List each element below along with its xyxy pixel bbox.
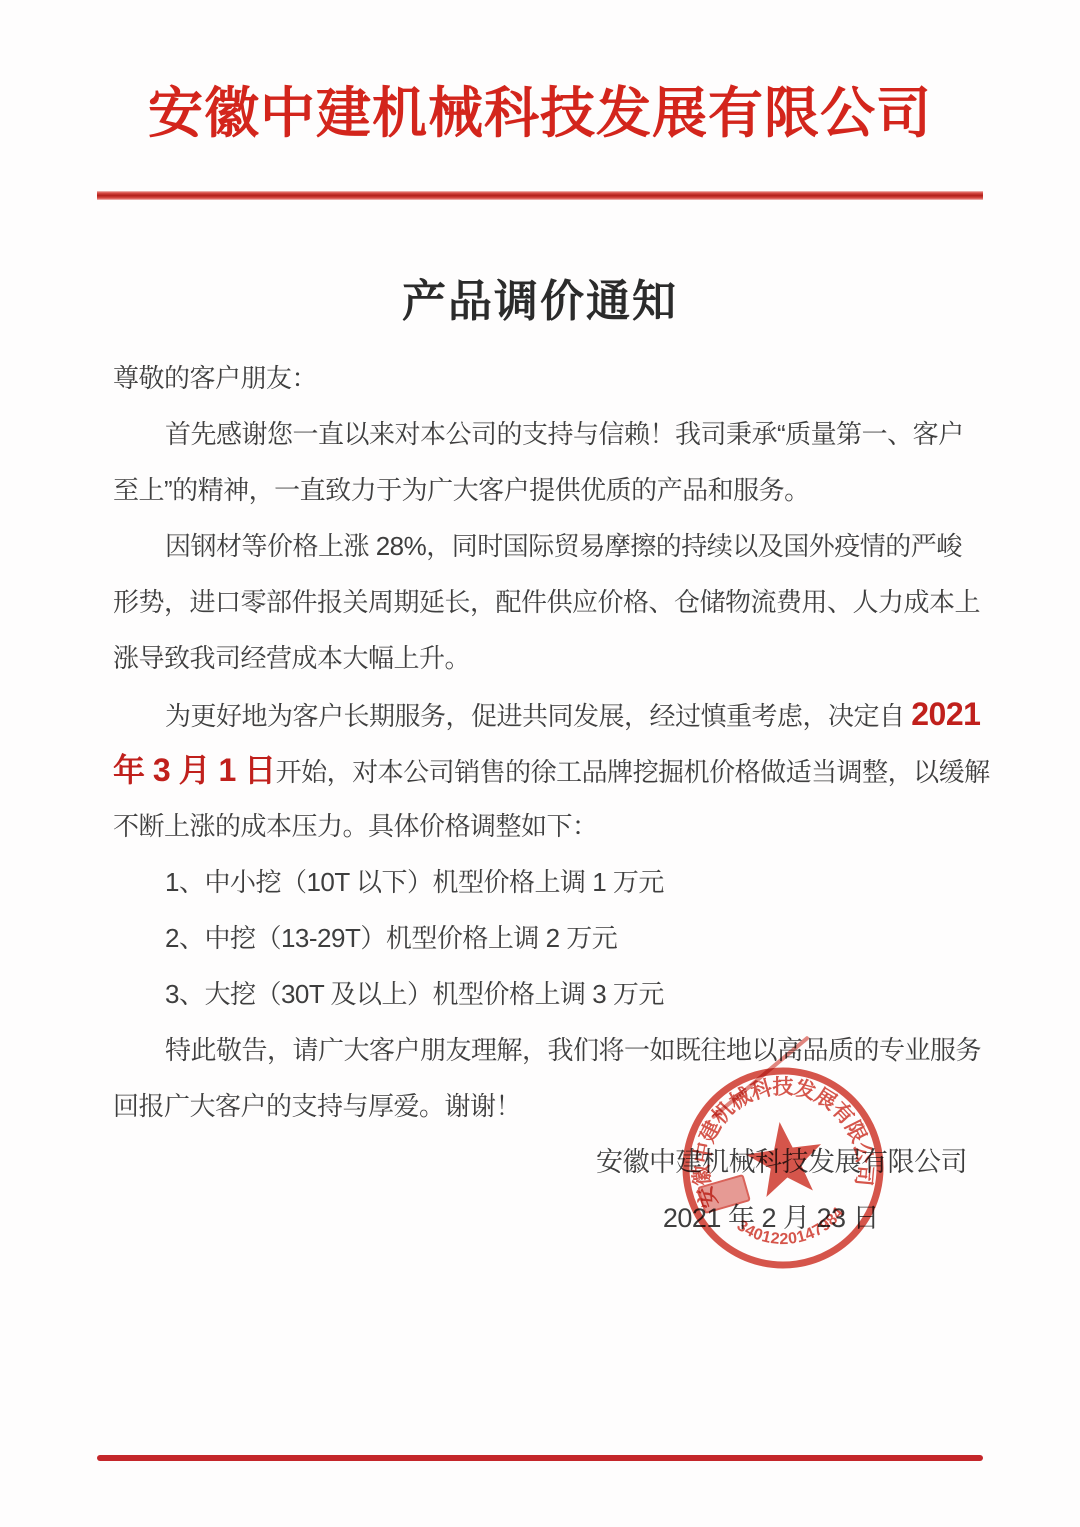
paragraph2-line1: 因钢材等价格上涨 28%，同时国际贸易摩擦的持续以及国外疫情的严峻: [113, 518, 967, 574]
price-item-2: 2、中挖（13-29T）机型价格上调 2 万元: [113, 910, 967, 966]
greeting: 尊敬的客户朋友：: [113, 350, 967, 406]
price-item-1: 1、中小挖（10T 以下）机型价格上调 1 万元: [113, 854, 967, 910]
letterhead-company-name: 安徽中建机械科技发展有限公司: [0, 0, 1080, 145]
price-item-3: 3、大挖（30T 及以上）机型价格上调 3 万元: [113, 966, 967, 1022]
effective-date-highlight: 年 3 月 1 日: [113, 752, 276, 788]
paragraph2-line3: 涨导致我司经营成本大幅上升。: [113, 630, 967, 686]
paragraph3-line1: 为更好地为客户长期服务，促进共同发展，经过慎重考虑，决定自 2021: [113, 686, 967, 742]
paragraph2-line2: 形势，进口零部件报关周期延长，配件供应价格、仓储物流费用、人力成本上: [113, 574, 967, 630]
notice-document-page: 安徽中建机械科技发展有限公司 产品调价通知 尊敬的客户朋友： 首先感谢您一直以来…: [0, 0, 1080, 1527]
footer-divider: [97, 1455, 983, 1461]
effective-year-highlight: 2021: [911, 696, 980, 732]
paragraph1-line1: 首先感谢您一直以来对本公司的支持与信赖！我司秉承“质量第一、客户: [113, 406, 967, 462]
signature-company: 安徽中建机械科技发展有限公司: [113, 1134, 967, 1190]
letterhead-divider: [97, 191, 983, 200]
notice-body: 尊敬的客户朋友： 首先感谢您一直以来对本公司的支持与信赖！我司秉承“质量第一、客…: [113, 350, 967, 1246]
paragraph3-line2: 年 3 月 1 日开始，对本公司销售的徐工品牌挖掘机价格做适当调整，以缓解: [113, 742, 967, 798]
paragraph4-line2: 回报广大客户的支持与厚爱。谢谢！: [113, 1078, 967, 1134]
signature-date: 2021 年 2 月 23 日: [113, 1190, 967, 1246]
paragraph3-line2-text: 开始，对本公司销售的徐工品牌挖掘机价格做适当调整，以缓解: [276, 757, 990, 787]
paragraph4-line1: 特此敬告，请广大客户朋友理解，我们将一如既往地以高品质的专业服务: [113, 1022, 967, 1078]
notice-title: 产品调价通知: [0, 272, 1080, 332]
paragraph3-line3: 不断上涨的成本压力。具体价格调整如下：: [113, 798, 967, 854]
paragraph1-line2: 至上”的精神，一直致力于为广大客户提供优质的产品和服务。: [113, 462, 967, 518]
paragraph3-line1-text: 为更好地为客户长期服务，促进共同发展，经过慎重考虑，决定自: [165, 701, 911, 731]
